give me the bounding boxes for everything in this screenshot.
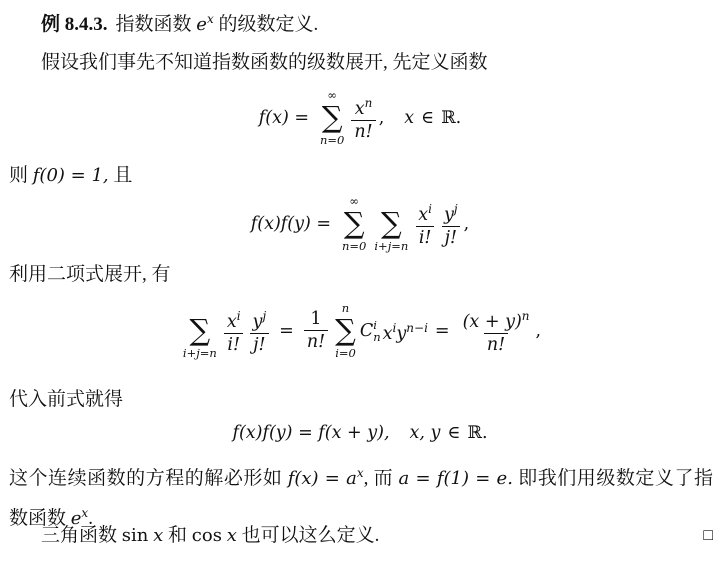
fraction-xn-nfact: xn n! (351, 93, 375, 142)
qed-box-icon: □ (703, 523, 713, 549)
line-binomial-expansion: 利用二项式展开, 有 (9, 262, 171, 288)
summation-symbol: n ∑ i=0 (335, 301, 356, 360)
trig-seg2: 和 (163, 525, 192, 546)
fraction-yj-jfact: yj j! (441, 199, 461, 248)
formula1-domain-var: x (404, 106, 414, 130)
cos-argument: x (227, 525, 237, 546)
sigma-icon: ∑ (335, 315, 356, 346)
real-numbers-symbol: ℝ. (441, 106, 461, 130)
formula1-comma: , (379, 106, 385, 130)
fraction-numerator: (x + y)n (460, 306, 533, 333)
fraction-numerator: xn (352, 93, 376, 120)
example-heading: 例 8.4.3.指数函数 ex 的级数定义. (41, 6, 318, 38)
summation-symbol: ∞ ∑ n=0 (342, 194, 366, 253)
summation-symbol: ∑ i+j=n (183, 301, 217, 360)
trig-seg3: 也可以这么定义. (237, 525, 380, 546)
trig-remark-text: 三角函数 sin x 和 cos x 也可以这么定义. (9, 523, 379, 549)
fraction-denominator: n! (304, 330, 328, 352)
formula-series-definition: f(x) = ∞ ∑ n=0 xn n! , x ∈ ℝ. (0, 88, 720, 147)
formula-functional-equation: f(x)f(y) = f(x + y), x, y ∈ ℝ. (0, 421, 720, 445)
equals-sign: = (435, 319, 450, 343)
line-substitute: 代入前式就得 (9, 387, 123, 413)
sigma-icon: ∑ (322, 102, 343, 133)
sigma-icon: ∑ (344, 208, 365, 239)
formula2-lhs: f(x)f(y) = (251, 212, 331, 236)
fraction-numerator: xi (224, 306, 244, 333)
summation-symbol: ∞ ∑ n=0 (320, 88, 344, 147)
formula-product-double-sum: f(x)f(y) = ∞ ∑ n=0 ∑ i+j=n xi i! yj j! , (0, 194, 720, 253)
cos-function: cos (192, 525, 222, 546)
term-y-pow-n-minus-i: yn−i (396, 316, 428, 346)
inline-math-a-f1-e: a = f(1) = e. (399, 468, 513, 489)
trig-seg1: 三角函数 (41, 525, 122, 546)
equals-sign: = (279, 319, 294, 343)
formula-binomial-identity: ∑ i+j=n xi i! yj j! = 1 n! n ∑ i=0 C (0, 300, 720, 360)
sum-lower-limit: i+j=n (374, 239, 408, 253)
formula1-lhs: f(x) = (259, 106, 309, 130)
textbook-page: 例 8.4.3.指数函数 ex 的级数定义. 假设我们事先不知道指数函数的级数展… (0, 0, 720, 561)
fraction-numerator: xi (415, 199, 435, 226)
example-title-text-post: 的级数定义. (214, 14, 319, 35)
sum-lower-limit: n=0 (342, 239, 366, 253)
summation-symbol: ∑ i+j=n (374, 194, 408, 253)
inline-math-ex: ex (196, 14, 213, 35)
fraction-numerator: yj (250, 306, 270, 333)
fraction-numerator: yj (441, 199, 461, 226)
real-numbers-symbol: ℝ. (467, 421, 487, 445)
binomial-coefficient-indices: i n (373, 319, 380, 343)
element-of-symbol: ∈ (421, 106, 434, 130)
fraction-xi-ifact: xi i! (415, 199, 435, 248)
fraction-xi-ifact: xi i! (224, 306, 244, 355)
formula2-comma: , (464, 212, 470, 236)
trig-remark-line: 三角函数 sin x 和 cos x 也可以这么定义. □ (9, 523, 713, 549)
example-number: 例 8.4.3. (41, 14, 108, 35)
fraction-denominator: i! (416, 226, 435, 248)
conclusion-seg2: , 而 (364, 468, 399, 489)
line-f0-post: 且 (109, 165, 133, 186)
formula3-comma: , (536, 319, 542, 343)
fraction-xy-pow-n: (x + y)n n! (460, 306, 533, 355)
fraction-yj-jfact: yj j! (250, 306, 270, 355)
sum-lower-limit: i+j=n (183, 346, 217, 360)
binomial-coefficient-C: C (360, 319, 373, 343)
line-f0-equals-1: 则 f(0) = 1, 且 (9, 163, 132, 189)
term-x-pow-i: xi (383, 316, 397, 346)
sin-function: sin (122, 525, 149, 546)
conclusion-seg1: 这个连续函数的方程的解必形如 (9, 468, 288, 489)
element-of-symbol: ∈ (447, 421, 460, 445)
inline-math-f0: f(0) = 1, (33, 165, 109, 186)
sin-argument: x (153, 525, 163, 546)
fraction-numerator: 1 (307, 309, 324, 330)
sum-lower-limit: n=0 (320, 133, 344, 147)
line-f0-pre: 则 (9, 165, 33, 186)
fraction-denominator: n! (351, 120, 375, 142)
example-title-text: 指数函数 (116, 14, 197, 35)
sum-lower-limit: i=0 (335, 346, 356, 360)
formula4-domain-var: x, y (410, 421, 441, 445)
sigma-icon: ∑ (381, 208, 402, 239)
sigma-icon: ∑ (190, 315, 211, 346)
formula4-body: f(x)f(y) = f(x + y), (232, 421, 389, 445)
fraction-denominator: j! (250, 333, 268, 355)
fraction-denominator: j! (442, 226, 460, 248)
fraction-denominator: i! (224, 333, 243, 355)
fraction-one-nfact: 1 n! (304, 309, 328, 352)
fraction-denominator: n! (484, 333, 508, 355)
intro-paragraph: 假设我们事先不知道指数函数的级数展开, 先定义函数 (41, 50, 488, 76)
inline-math-fx-ax: f(x) = ax (288, 468, 364, 489)
